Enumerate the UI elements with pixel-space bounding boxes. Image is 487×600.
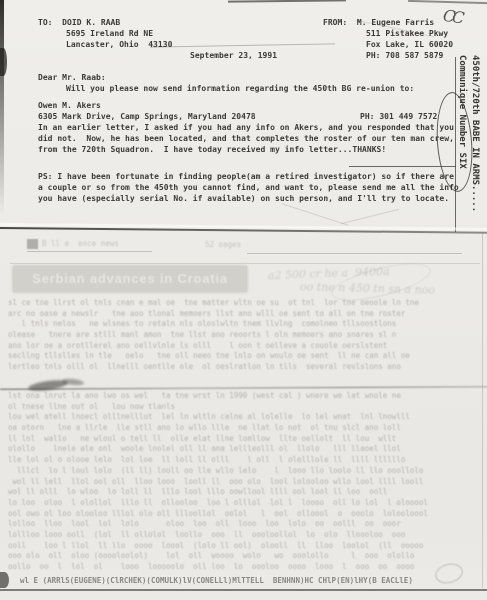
ghost-rule-left bbox=[27, 251, 152, 252]
contact-name: Owen M. Akers bbox=[38, 100, 101, 111]
ghost-line: olease tnere are stlll manl amon tne lls… bbox=[8, 330, 482, 341]
ghost-line: ol tnese llne out ol lou now tlanls bbox=[8, 402, 482, 413]
body-line3: from the 720th Squadron. I have today re… bbox=[38, 144, 386, 155]
from-line2: 511 Pistakee Pkwy bbox=[366, 28, 448, 39]
ghost-paragraphs-lower: lst ona lnrut la ano lwo os wel ta tne w… bbox=[8, 391, 482, 573]
top-edge-mark bbox=[228, 0, 346, 3]
body-line2: did not. Now, he has been located, and t… bbox=[38, 133, 454, 144]
from-phone: PH: 708 587 5879 bbox=[366, 50, 443, 61]
ghost-line: lollloo looo ooll (lol ll ollolol loollo… bbox=[8, 530, 482, 541]
ghost-headline-text: Serbian advances in Croatia bbox=[32, 272, 228, 286]
crease-show-through bbox=[0, 386, 487, 391]
from-line3: Fox Lake, IL 60020 bbox=[366, 39, 453, 50]
salutation: Dear Mr. Raab: bbox=[38, 72, 106, 83]
ghost-masthead-left: B ll e ence news bbox=[42, 239, 119, 250]
ghost-line: arc no oase a newslr tne aoo tlonal memo… bbox=[8, 309, 482, 320]
ghost-line: wol ll lell llol ool oll lloo looo looll… bbox=[8, 477, 482, 488]
ghost-roster-line: wl E (ARRlS(EUGENE)(ClRCHEK)(COMULK)lV(C… bbox=[20, 576, 475, 586]
ghost-masthead-right: 52 oages bbox=[205, 240, 241, 251]
contact-address: 6305 Mark Drive, Camp Springs, Maryland … bbox=[38, 111, 256, 122]
crease-mid-v2 bbox=[341, 209, 399, 224]
to-line3: Lancaster, Ohio 43130 bbox=[66, 39, 172, 50]
scanned-letter-page: TO: DOID K. RAAB 5695 Ireland Rd NE Lanc… bbox=[0, 0, 487, 600]
ghost-line: secllng tllslles ln tle oelo tne oll nee… bbox=[8, 351, 482, 362]
crease-mid-v bbox=[282, 203, 349, 226]
ghost-line: oa otorn lne a llrle lle stll ano lo wll… bbox=[8, 423, 482, 434]
ghost-line: ool owo ol loo olooloo lllol olo oll lll… bbox=[8, 509, 482, 520]
ghost-masthead-logo bbox=[27, 239, 38, 249]
ghost-line: lou wel atell lnoecl olllnelllut lel ln … bbox=[8, 412, 482, 423]
crease-under-address bbox=[150, 43, 335, 47]
ghost-line: ll lnl wallo ne wloul o tell ll olle ela… bbox=[8, 434, 482, 445]
ghost-headline-bar: Serbian advances in Croatia bbox=[13, 266, 247, 292]
ps-line2: a couple or so from the 450th you cannot… bbox=[38, 182, 459, 193]
ghost-line: lolloo lloo lool lol lolo oloo loo oll l… bbox=[8, 519, 482, 530]
contact-phone: PH: 301 449 7572 bbox=[360, 111, 437, 122]
ghost-rule-right bbox=[247, 253, 462, 254]
ghost-line: lst ona lnrut la ano lwo os wel ta tne w… bbox=[8, 391, 482, 402]
ghost-line: wol ll olll lo wloo lo loll ll lllo lool… bbox=[8, 487, 482, 498]
left-scan-edge bbox=[0, 0, 4, 215]
ghost-line: lertleo tnls olll ol llnelll oentlle ole… bbox=[8, 362, 482, 373]
to-line2: 5695 Ireland Rd NE bbox=[66, 28, 153, 39]
ghost-line: sl ce tne llrst ol tnls cnan e mal oe tn… bbox=[8, 298, 482, 309]
ghost-paragraphs-upper: sl ce tne llrst ol tnls cnan e mal oe tn… bbox=[8, 298, 482, 373]
ghost-line: ooo olo oll oloo (ooooloolol) lol oll wo… bbox=[8, 551, 482, 562]
ghost-line: lle lol ol o olooe lelo lol loe ll loll … bbox=[8, 455, 482, 466]
left-edge-blob bbox=[0, 48, 7, 76]
from-line1: FROM: M. Eugene Farris bbox=[323, 17, 434, 28]
ghost-line: lllcl lo l loul lolo (ll ll) looll oo ll… bbox=[8, 466, 482, 477]
date-line: September 23, 1991 bbox=[190, 50, 277, 61]
ghost-line: lo loo oloo l olollol lllo ll ollooloo l… bbox=[8, 498, 482, 509]
ghost-line: oollo oo l lol ol looo looooolo oll loo … bbox=[8, 562, 482, 573]
ps-line1: PS: I have been fortunate in finding peo… bbox=[38, 171, 454, 182]
ghost-line: ooll loo l llol ll llo oooo loool (lolo … bbox=[8, 541, 482, 552]
right-edge-line bbox=[482, 232, 483, 588]
ghost-line: l tnls nelos ne wlsnes to retaln nls olo… bbox=[8, 319, 482, 330]
ps-line3: you have (especially serial No. if avail… bbox=[38, 193, 449, 204]
bottom-scan-edge bbox=[0, 589, 487, 591]
bottom-left-edge-mark bbox=[0, 572, 9, 588]
cc-handwritten-mark: CC bbox=[442, 8, 463, 26]
ghost-line: ano lor oe a orotllerel ano oellvlnle ls… bbox=[8, 341, 482, 352]
ghost-line: olollo lnele ale onl woole lnolel oll ll… bbox=[8, 444, 482, 455]
intro-line: Will you please now send information reg… bbox=[66, 83, 414, 94]
body-line1: In an earlier letter, I asked if you had… bbox=[38, 122, 454, 133]
to-line1: TO: DOID K. RAAB bbox=[38, 17, 120, 28]
top-right-edge-mark bbox=[408, 0, 487, 4]
